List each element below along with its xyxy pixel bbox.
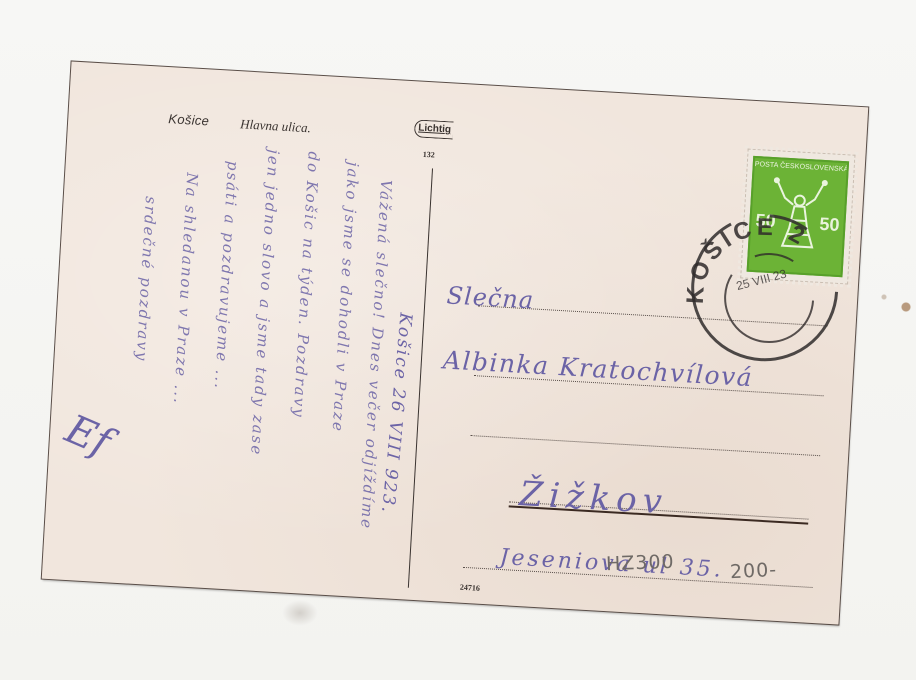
message-line: Na shledanou v Praze ...: [170, 172, 201, 405]
caption-city: Košice: [168, 111, 210, 128]
caption-street: Hlavna ulica.: [240, 116, 312, 136]
message-line: jen jedno slovo a jsme tady zase: [247, 149, 283, 457]
address-city: Žižkov: [518, 474, 669, 522]
postage-stamp: POSTA ČESKOSLOVENSKÁ 50 50: [740, 149, 855, 285]
pencil-price-note: 200-: [729, 559, 777, 583]
center-divider-line: [408, 168, 433, 587]
stamp-value-right: 50: [819, 214, 840, 236]
dust-smudge: [282, 600, 318, 626]
stamp-value-left: 50: [755, 210, 776, 232]
signature: Ef: [59, 406, 118, 466]
message-line: srdečné pozdravy: [132, 196, 160, 363]
stamp-country-text: POSTA ČESKOSLOVENSKÁ: [755, 158, 847, 173]
pencil-reference-note: HZ300: [606, 551, 675, 575]
card-number: 132: [423, 150, 435, 160]
address-recipient-name: Albinka Kratochvílová: [442, 345, 754, 392]
publisher-logo: Lichtig: [414, 119, 454, 139]
stamp-face: POSTA ČESKOSLOVENSKÁ 50 50: [747, 156, 850, 277]
address-salutation: Slečna: [446, 281, 535, 314]
address-line-3: [471, 435, 820, 456]
message-line: psáti a pozdravujeme ...: [211, 160, 242, 390]
postcard: Košice Hlavna ulica. Lichtig 132 Vážená …: [42, 61, 868, 624]
message-line: do Košic na týden. Pozdravy: [289, 151, 322, 419]
message-line: jako jsme se dohodli v Praze: [329, 161, 363, 433]
print-code: 24716: [460, 583, 480, 593]
